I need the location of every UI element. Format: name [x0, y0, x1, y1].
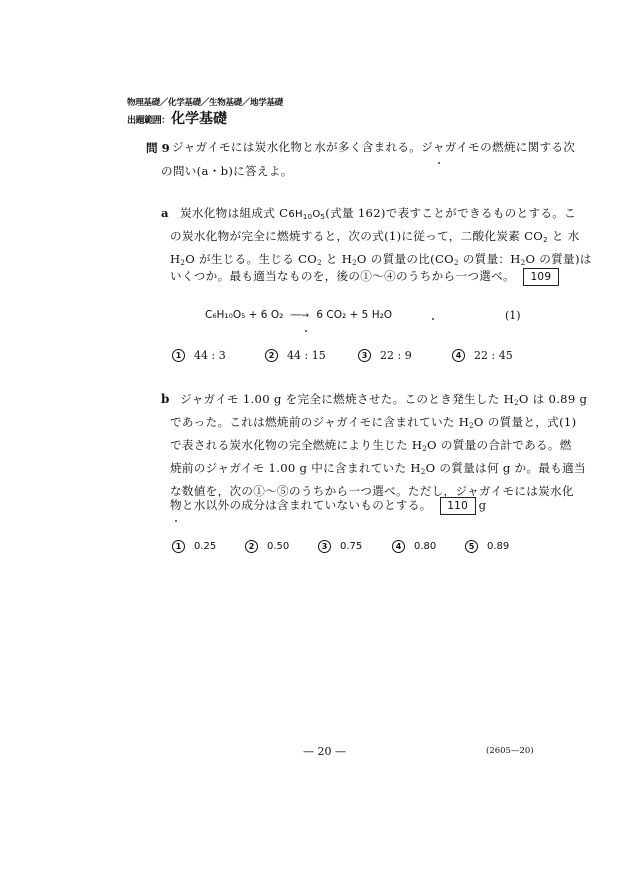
part-b-line3: で表される炭水化物の完全燃焼により生じた H2O の質量の合計である。燃: [170, 438, 572, 452]
circled-number-icon: 4: [392, 540, 405, 553]
scan-speck: [305, 330, 307, 332]
choice-a-4[interactable]: 4 22 : 45: [452, 349, 513, 362]
reaction-arrow-icon: ──→: [291, 311, 309, 321]
subjects-header: 物理基礎／化学基礎／生物基礎／地学基礎: [127, 96, 283, 108]
equation-number: (1): [505, 309, 521, 322]
equation-rhs: 6 CO₂ + 5 H₂O: [316, 309, 392, 321]
chemical-equation: C₆H₁₀O₅ + 6 O₂ ──→ 6 CO₂ + 5 H₂O: [205, 309, 392, 321]
scan-speck: [175, 520, 177, 522]
circled-number-icon: 3: [318, 540, 331, 553]
part-b-label: b: [161, 392, 169, 406]
circled-number-icon: 5: [465, 540, 478, 553]
page-number: — 20 —: [303, 745, 346, 758]
part-a-line1: 炭水化物は組成式 C6H10O5(式量 162)で表すことができるものとする。こ: [180, 206, 576, 222]
question-number: 問 9: [146, 140, 170, 156]
part-b-line6: 物と水以外の成分は含まれていないものとする。110g: [170, 497, 486, 515]
part-a-label: a: [161, 206, 169, 220]
choice-b-2[interactable]: 2 0.50: [245, 540, 289, 553]
choice-a-3[interactable]: 3 22 : 9: [358, 349, 412, 362]
part-a-line4: いくつか。最も適当なものを，後の①～④のうちから一つ選べ。109: [170, 268, 559, 286]
choice-b-3[interactable]: 3 0.75: [318, 540, 362, 553]
scan-speck: [438, 162, 440, 164]
choice-a-2[interactable]: 2 44 : 15: [265, 349, 326, 362]
circled-number-icon: 2: [245, 540, 258, 553]
part-b-line1: ジャガイモ 1.00 g を完全に燃焼させた。このとき発生した H2O は 0.…: [180, 392, 587, 406]
circled-number-icon: 4: [452, 349, 465, 362]
part-a-line2: の炭水化物が完全に燃焼すると，次の式(1)に従って，二酸化炭素 CO2 と 水: [170, 229, 580, 243]
part-b-line4: 焼前のジャガイモ 1.00 g 中に含まれていた H2O の質量は何 g か。最…: [170, 461, 586, 475]
choice-b-5[interactable]: 5 0.89: [465, 540, 509, 553]
part-b-line5: な数値を，次の①～⑤のうちから一つ選べ。ただし，ジャガイモには炭水化: [170, 484, 574, 498]
circled-number-icon: 3: [358, 349, 371, 362]
answer-box-109[interactable]: 109: [523, 268, 559, 286]
scope-label: 出題範囲：: [127, 113, 170, 126]
question-intro-line2: の問い(a・b)に答えよ。: [161, 164, 293, 178]
unit-label: g: [479, 498, 487, 512]
part-b-line2: であった。これは燃焼前のジャガイモに含まれていた H2O の質量と，式(1): [170, 415, 576, 429]
answer-box-110[interactable]: 110: [440, 497, 476, 515]
choice-a-1[interactable]: 1 44 : 3: [172, 349, 226, 362]
question-intro-line1: ジャガイモには炭水化物と水が多く含まれる。ジャガイモの燃焼に関する次: [172, 140, 575, 154]
circled-number-icon: 1: [172, 540, 185, 553]
part-a-line3: H2O が生じる。生じる CO2 と H2O の質量の比(CO2 の質量：H2O…: [170, 252, 592, 266]
equation-lhs: C₆H₁₀O₅ + 6 O₂: [205, 309, 283, 321]
scope-value: 化学基礎: [171, 108, 227, 128]
choice-b-4[interactable]: 4 0.80: [392, 540, 436, 553]
choice-b-1[interactable]: 1 0.25: [172, 540, 216, 553]
circled-number-icon: 1: [172, 349, 185, 362]
exam-code: (2605—20): [486, 746, 534, 756]
scan-speck: [432, 318, 434, 320]
exam-scope: 出題範囲： 化学基礎: [127, 108, 227, 128]
circled-number-icon: 2: [265, 349, 278, 362]
